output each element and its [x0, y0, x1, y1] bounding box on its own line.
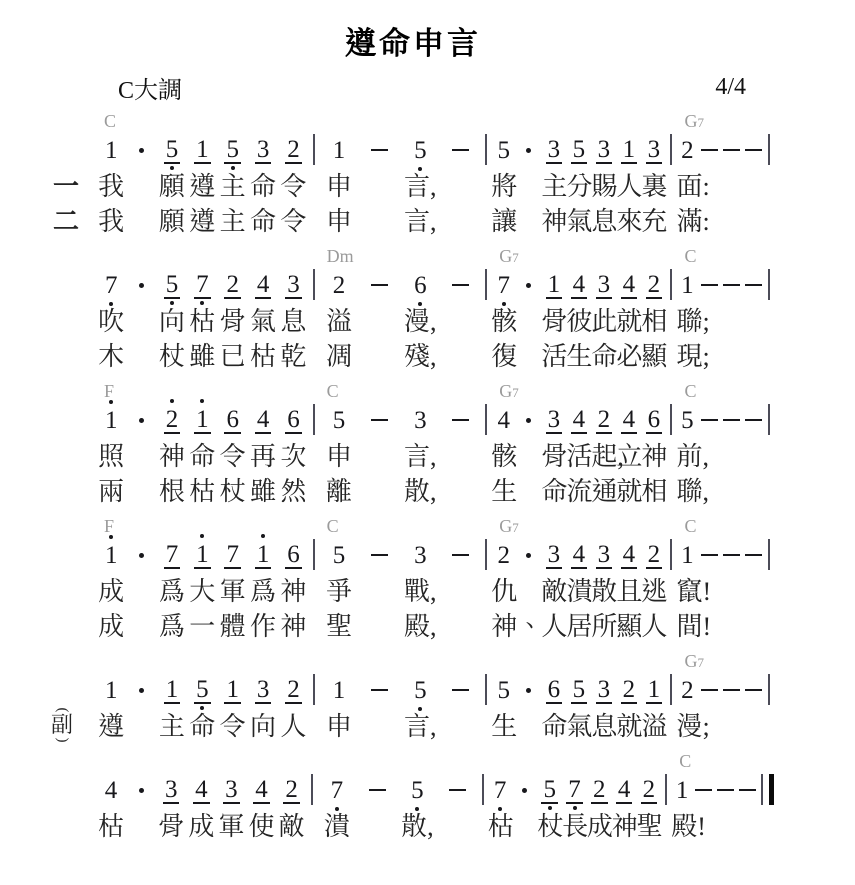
note-slot: 6 — [278, 542, 308, 569]
lyric-row: 爭戰, — [319, 572, 482, 607]
lyric-syllable: 體 — [218, 606, 248, 643]
note-slot: 5 — [491, 678, 516, 703]
note-slot — [516, 418, 541, 423]
lyric-syllable: 人 — [541, 606, 566, 643]
lyric-syllable: 就 — [616, 706, 641, 743]
note-slot: 1 — [248, 542, 278, 569]
lyric-row: 枯杖長成神聖 — [488, 807, 661, 842]
barline-stroke — [485, 269, 487, 300]
note-slot: 3 — [591, 272, 616, 299]
lyric-row: 面: — [676, 167, 764, 202]
note-slot — [742, 419, 764, 421]
note-number: 6 — [412, 273, 429, 298]
note-slot: 4 — [248, 407, 278, 434]
measure: F121646照神命令再次兩根枯杖雖然 — [96, 381, 309, 507]
music-line: F171716成爲大軍爲神成爲一體作神C53爭戰,聖殿,G7234342仇敵潰散… — [96, 516, 774, 642]
note-slot — [359, 689, 400, 691]
verse-marker-column — [52, 751, 96, 842]
duration-dash-icon — [452, 284, 469, 286]
lyric-syllable: 骸 — [491, 436, 516, 473]
chord-root: C — [684, 246, 696, 266]
lyric-syllable: 枯 — [96, 806, 126, 843]
note-number: 1 — [194, 407, 211, 434]
note-slot — [720, 284, 742, 286]
lyric-syllable: 神 — [612, 806, 637, 843]
lyric-syllable: 氣 — [566, 201, 591, 238]
note-number: 6 — [646, 407, 663, 434]
lyric-syllable: 讓 — [491, 201, 516, 238]
duration-dash-icon — [371, 419, 388, 421]
lyric-syllable: 神 — [541, 201, 566, 238]
lyric-syllable: 雖 — [248, 471, 278, 508]
lyric-syllable: 木 — [96, 336, 126, 373]
note-slot: 7 — [491, 273, 516, 298]
lyric-syllable: 就 — [616, 471, 641, 508]
barline-stroke — [768, 674, 770, 705]
note-number: 4 — [255, 407, 272, 434]
note-number: 1 — [331, 138, 348, 163]
lyric-syllable: 氣 — [566, 706, 591, 743]
note-slot — [126, 553, 156, 558]
duration-dash-icon — [449, 789, 466, 791]
augmentation-dot-icon — [139, 788, 144, 793]
lyric-row: 前, — [676, 437, 764, 472]
augmentation-dot-icon — [526, 553, 531, 558]
note-number: 5 — [164, 272, 181, 299]
chord-root: G — [499, 246, 512, 266]
note-row: 535313 — [491, 133, 666, 167]
duration-dash-icon — [371, 149, 388, 151]
note-slot: 2 — [157, 407, 187, 434]
barline-stroke — [670, 539, 672, 570]
lyric-row: 生命氣息就溢 — [491, 707, 666, 742]
barline — [764, 516, 774, 642]
note-number: 4 — [571, 272, 588, 299]
barline-stroke — [670, 269, 672, 300]
barline — [666, 516, 676, 642]
lyric-syllable: 起, — [591, 436, 616, 473]
note-slot: 3 — [248, 137, 278, 164]
lyric-syllable: 然 — [278, 471, 308, 508]
augmentation-dot-icon — [139, 283, 144, 288]
note-number: 7 — [103, 273, 120, 298]
barline-stroke — [768, 269, 770, 300]
note-number: 2 — [679, 678, 696, 703]
note-slot — [720, 689, 742, 691]
note-slot: 2 — [641, 272, 666, 299]
note-slot: 3 — [541, 542, 566, 569]
measure: G72面:滿: — [676, 111, 764, 237]
system: 757243吹向枯骨氣息木杖雖已枯乾Dm26溢漫,凋殘,G7714342骸骨彼此… — [52, 246, 774, 372]
lyric-syllable: 長 — [562, 806, 587, 843]
chord-root: C — [679, 751, 691, 771]
note-row: 151532 — [96, 133, 309, 167]
lyric-row: 我願遵主命令 — [96, 167, 309, 202]
note-slot: 6 — [278, 407, 308, 434]
note-slot — [742, 554, 764, 556]
system: F121646照神命令再次兩根枯杖雖然C53申言,離散,G7434246骸骨活起… — [52, 381, 774, 507]
lyric-syllable: 再 — [248, 436, 278, 473]
chord-label — [491, 651, 666, 673]
lyric-row: 現; — [676, 337, 764, 372]
note-slot — [513, 788, 538, 793]
note-slot — [693, 789, 715, 791]
lyric-syllable: 顯 — [616, 606, 641, 643]
barline-stroke — [768, 539, 770, 570]
barline — [481, 381, 491, 507]
lyric-syllable: 骸 — [491, 301, 516, 338]
lyric-syllable: 神 — [157, 436, 187, 473]
note-number: 1 — [621, 137, 638, 164]
barline — [764, 381, 774, 507]
lyric-row: 骸骨活起,立神 — [491, 437, 666, 472]
chord-label — [491, 111, 666, 133]
chord-root: C — [684, 381, 696, 401]
system: 一二C151532我願遵主命令我願遵主命令15申言,申言,535313將主分賜人… — [52, 111, 774, 237]
note-slot: 7 — [562, 777, 587, 804]
note-number: 1 — [103, 138, 120, 163]
lyric-row: 仇敵潰散且逃 — [491, 572, 666, 607]
lyric-syllable: 成 — [186, 806, 216, 843]
note-slot — [736, 789, 758, 791]
augmentation-dot-icon — [526, 148, 531, 153]
barline-stroke — [670, 404, 672, 435]
note-slot — [441, 284, 482, 286]
refrain-paren-top-icon: ( — [58, 707, 66, 712]
augmentation-dot-icon — [139, 553, 144, 558]
note-number: 3 — [596, 272, 613, 299]
note-slot — [516, 553, 541, 558]
marker-spacer — [52, 516, 96, 572]
note-slot — [698, 689, 720, 691]
note-slot — [698, 419, 720, 421]
note-slot: 2 — [676, 138, 698, 163]
barline — [478, 751, 488, 842]
note-slot: 5 — [676, 408, 698, 433]
lyric-syllable: 杖 — [218, 471, 248, 508]
verse-marker-column — [52, 246, 96, 372]
refrain-paren-bottom-icon: ) — [58, 737, 66, 742]
note-number: 1 — [546, 272, 563, 299]
note-number: 3 — [596, 677, 613, 704]
chord-root: G — [499, 381, 512, 401]
lyric-syllable: 吹 — [96, 301, 126, 338]
lyric-syllable: 溢 — [319, 301, 360, 338]
chord-quality: 7 — [697, 655, 704, 670]
chord-label — [317, 751, 478, 773]
lyric-syllable: 滿: — [676, 201, 698, 238]
note-slot: 5 — [218, 137, 248, 164]
music-line: 115132遵主命令向人15申言,565321生命氣息就溢G72漫; — [96, 651, 774, 742]
chord-label: C — [671, 751, 758, 773]
barline — [764, 111, 774, 237]
lyric-syllable: 骨 — [156, 806, 186, 843]
note-slot: 6 — [541, 677, 566, 704]
lyric-row: 離散, — [319, 472, 482, 507]
lyric-syllable: 面: — [676, 166, 698, 203]
verse-marker — [52, 572, 96, 607]
note-number: 1 — [164, 677, 181, 704]
note-slot — [126, 148, 156, 153]
marker-spacer — [52, 381, 96, 437]
measure: 757242枯杖長成神聖 — [488, 751, 661, 842]
note-row: 565321 — [491, 673, 666, 707]
duration-dash-icon — [745, 554, 762, 556]
lyric-row: 成爲大軍爲神 — [96, 572, 309, 607]
key-label: C大調 — [118, 70, 182, 105]
duration-dash-icon — [371, 554, 388, 556]
lyric-syllable: 成 — [96, 571, 126, 608]
final-barline — [758, 751, 774, 842]
note-number: 3 — [646, 137, 663, 164]
note-slot — [516, 688, 541, 693]
note-slot — [698, 284, 720, 286]
note-row: 115132 — [96, 673, 309, 707]
lyric-syllable: 流 — [566, 471, 591, 508]
lyric-syllable: 復 — [491, 336, 516, 373]
lyric-syllable: 申 — [319, 436, 360, 473]
marker-spacer — [52, 246, 96, 302]
lyric-syllable: 殘, — [400, 336, 441, 373]
lyric-row: 潰散, — [317, 807, 478, 842]
note-slot — [126, 788, 156, 793]
augmentation-dot-icon — [139, 418, 144, 423]
music-line: C151532我願遵主命令我願遵主命令15申言,申言,535313將主分賜人裏讓… — [96, 111, 774, 237]
refrain-marker: (副) — [51, 706, 73, 744]
measure: C151532我願遵主命令我願遵主命令 — [96, 111, 309, 237]
barline-stroke — [768, 404, 770, 435]
lyric-syllable: 軍 — [218, 571, 248, 608]
note-slot: 5 — [400, 138, 441, 163]
lyric-syllable: 潰 — [566, 571, 591, 608]
chord-label: C — [676, 246, 764, 268]
lyric-syllable: 令 — [278, 166, 308, 203]
lyric-syllable: 向 — [157, 301, 187, 338]
duration-dash-icon — [745, 689, 762, 691]
music-line: 434342枯骨成軍使敵75潰散,757242枯杖長成神聖C1殿! — [96, 751, 774, 842]
lyric-syllable: 仇 — [491, 571, 516, 608]
chord-label: C — [96, 111, 309, 133]
note-number: 7 — [194, 272, 211, 299]
lyric-syllable: 雖 — [187, 336, 217, 373]
lyric-syllable: 就 — [616, 301, 641, 338]
note-row: 53 — [319, 538, 482, 572]
lyric-syllable: 軍 — [216, 806, 246, 843]
augmentation-dot-icon — [139, 688, 144, 693]
lyric-syllable: 神 — [278, 606, 308, 643]
lyric-row: 我願遵主命令 — [96, 202, 309, 237]
lyric-syllable: 聖 — [319, 606, 360, 643]
note-number: 5 — [331, 408, 348, 433]
note-slot — [742, 689, 764, 691]
duration-dash-icon — [723, 554, 740, 556]
note-slot: 5 — [157, 272, 187, 299]
note-slot: 2 — [676, 678, 698, 703]
note-slot: 2 — [587, 777, 612, 804]
chord-label — [488, 751, 661, 773]
verse-marker — [52, 337, 96, 372]
lyric-row: 殿! — [671, 807, 758, 842]
lyric-syllable: 來 — [616, 201, 641, 238]
note-number: 1 — [679, 543, 696, 568]
lyric-syllable: 主 — [157, 706, 187, 743]
duration-dash-icon — [723, 149, 740, 151]
note-slot: 1 — [676, 273, 698, 298]
time-signature: 4/4 — [715, 74, 746, 101]
note-number: 7 — [329, 778, 346, 803]
note-number: 2 — [331, 273, 348, 298]
chord-root: F — [104, 381, 114, 401]
note-slot: 3 — [400, 543, 441, 568]
lyric-syllable: 主 — [541, 166, 566, 203]
note-number: 1 — [679, 273, 696, 298]
lyric-syllable: 命 — [591, 336, 616, 373]
lyric-row: 聯, — [676, 472, 764, 507]
lyric-syllable: 根 — [157, 471, 187, 508]
duration-dash-icon — [452, 554, 469, 556]
lyric-syllable: 漫, — [400, 301, 441, 338]
note-number: 1 — [331, 678, 348, 703]
verse-marker-column: 一二 — [52, 111, 96, 237]
note-number: 5 — [496, 678, 513, 703]
chord-label: G7 — [491, 381, 666, 403]
measure: C1聯;現; — [676, 246, 764, 372]
lyric-syllable: 申 — [319, 201, 360, 238]
note-number: 5 — [571, 677, 588, 704]
note-slot: 5 — [566, 137, 591, 164]
note-row: 757243 — [96, 268, 309, 302]
marker-spacer — [52, 651, 96, 707]
lyric-syllable: 人 — [616, 166, 641, 203]
note-number: 7 — [566, 777, 583, 804]
note-slot: 4 — [248, 272, 278, 299]
verse-marker — [52, 302, 96, 337]
verse-marker — [52, 607, 96, 642]
note-slot — [441, 149, 482, 151]
lyric-row: 聖殿, — [319, 607, 482, 642]
note-number: 2 — [224, 272, 241, 299]
note-number: 4 — [571, 542, 588, 569]
note-number: 3 — [255, 137, 272, 164]
barline — [309, 651, 319, 742]
note-slot: 2 — [641, 542, 666, 569]
barline-thick-stroke — [769, 774, 774, 805]
note-slot: 4 — [616, 272, 641, 299]
barline — [764, 246, 774, 372]
note-slot: 3 — [400, 408, 441, 433]
note-row: 434342 — [96, 773, 307, 807]
lyric-syllable: 杖 — [157, 336, 187, 373]
verse-marker: (副) — [52, 707, 96, 742]
measure: C53爭戰,聖殿, — [319, 516, 482, 642]
verse-marker — [52, 472, 96, 507]
chord-root: G — [684, 651, 697, 671]
lyric-syllable: 遵 — [187, 166, 217, 203]
lyric-syllable: 大 — [187, 571, 217, 608]
lyric-syllable: 命 — [541, 471, 566, 508]
barline — [309, 381, 319, 507]
chord-root: G — [499, 516, 512, 536]
note-slot: 7 — [157, 542, 187, 569]
lyric-syllable: 漫; — [676, 706, 698, 743]
note-slot — [126, 418, 156, 423]
lyric-syllable: 戰, — [400, 571, 441, 608]
system: (副)115132遵主命令向人15申言,565321生命氣息就溢G72漫; — [52, 651, 774, 742]
lyric-syllable: 人 — [641, 606, 666, 643]
augmentation-dot-icon — [526, 418, 531, 423]
note-slot: 2 — [636, 777, 661, 804]
note-row: 15 — [319, 133, 482, 167]
note-number: 3 — [412, 408, 429, 433]
note-row: 26 — [319, 268, 482, 302]
lyric-row: 凋殘, — [319, 337, 482, 372]
note-number: 5 — [541, 777, 558, 804]
note-slot: 6 — [218, 407, 248, 434]
note-slot — [516, 283, 541, 288]
note-number: 1 — [194, 137, 211, 164]
system: F171716成爲大軍爲神成爲一體作神C53爭戰,聖殿,G7234342仇敵潰散… — [52, 516, 774, 642]
note-slot: 2 — [319, 273, 360, 298]
duration-dash-icon — [452, 689, 469, 691]
note-slot: 3 — [541, 137, 566, 164]
lyric-syllable: 成 — [587, 806, 612, 843]
lyric-row: 聯; — [676, 302, 764, 337]
lyric-syllable: 杖 — [537, 806, 562, 843]
note-slot: 1 — [676, 543, 698, 568]
chord-label: C — [319, 381, 482, 403]
lyric-row: 滿: — [676, 202, 764, 237]
duration-dash-icon — [701, 554, 718, 556]
lyric-syllable: 兩 — [96, 471, 126, 508]
lyric-syllable: 顯 — [641, 336, 666, 373]
note-number: 4 — [255, 272, 272, 299]
note-row: 1 — [676, 538, 764, 572]
lyric-row: 讓神氣息來充 — [491, 202, 666, 237]
note-row: 234342 — [491, 538, 666, 572]
note-number: 7 — [164, 542, 181, 569]
note-slot: 5 — [400, 678, 441, 703]
duration-dash-icon — [701, 284, 718, 286]
note-slot: 1 — [157, 677, 187, 704]
lyric-syllable: 息 — [591, 706, 616, 743]
barline-stroke — [311, 774, 313, 805]
lyric-syllable: 我 — [96, 166, 126, 203]
duration-dash-icon — [745, 284, 762, 286]
note-slot — [441, 419, 482, 421]
lyric-row: 枯骨成軍使敵 — [96, 807, 307, 842]
lyric-syllable: 願 — [157, 201, 187, 238]
lyric-syllable: 敵 — [541, 571, 566, 608]
note-row: 5 — [676, 403, 764, 437]
measure: 75潰散, — [317, 751, 478, 842]
lyric-syllable: 枯 — [187, 471, 217, 508]
note-slot: 3 — [216, 777, 246, 804]
barline — [309, 516, 319, 642]
duration-dash-icon — [717, 789, 734, 791]
measure: 15申言,申言, — [319, 111, 482, 237]
lyric-row: 骸骨彼此就相 — [491, 302, 666, 337]
lyric-syllable: 凋 — [319, 336, 360, 373]
note-row: 121646 — [96, 403, 309, 437]
lyric-syllable: 現; — [676, 336, 698, 373]
note-slot — [698, 554, 720, 556]
note-number: 1 — [103, 543, 120, 568]
lyric-syllable: 聖 — [636, 806, 661, 843]
measure: Dm26溢漫,凋殘, — [319, 246, 482, 372]
note-slot: 4 — [616, 542, 641, 569]
lyric-syllable: 申 — [319, 166, 360, 203]
note-number: 4 — [571, 407, 588, 434]
